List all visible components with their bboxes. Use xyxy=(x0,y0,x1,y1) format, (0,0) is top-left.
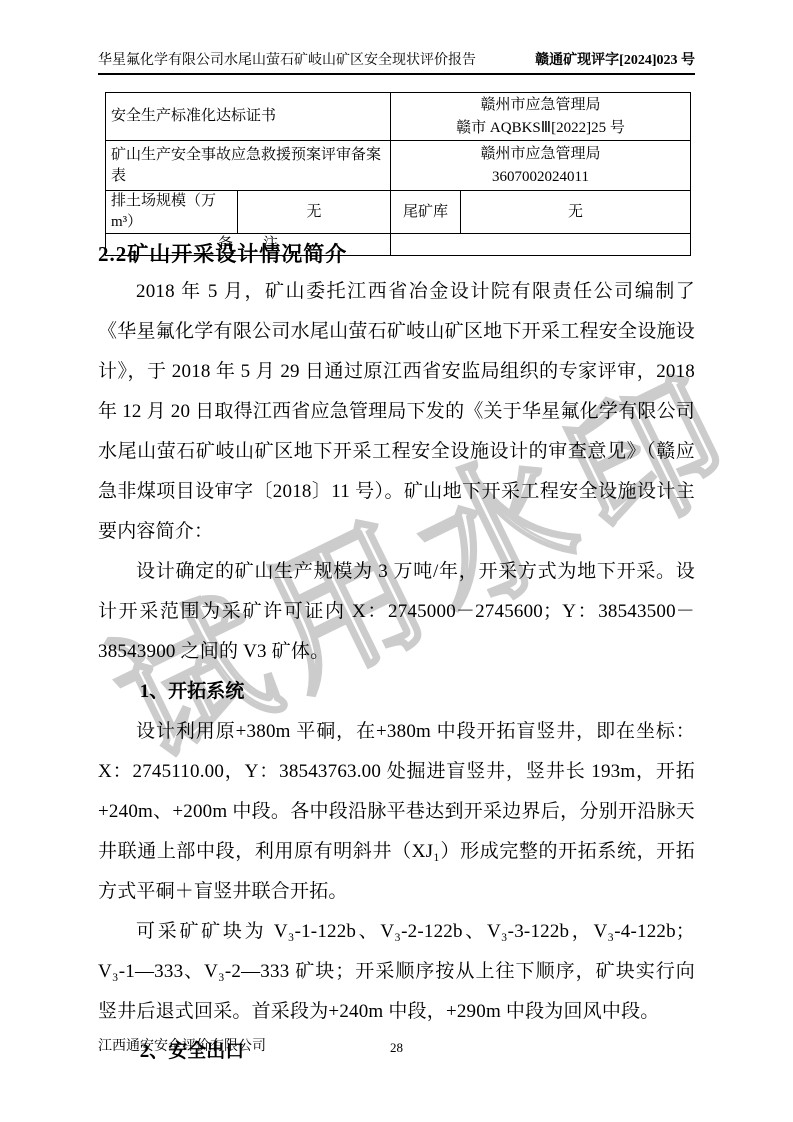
paragraph-production-scale: 设计确定的矿山生产规模为 3 万吨/年，开采方式为地下开采。设计开采范围为采矿许… xyxy=(98,552,695,672)
cell-tailings-pond-value: 无 xyxy=(461,191,691,234)
cell-value-line2: 3607002024011 xyxy=(396,166,685,189)
section-title: 2.2矿山开采设计情况简介 xyxy=(98,236,695,272)
paragraph-ore-blocks: 可采矿矿块为 V₃-1-122b、V₃-2-122b、V₃-3-122b，V₃-… xyxy=(98,912,695,1032)
cell-emergency-plan-value: 赣州市应急管理局 3607002024011 xyxy=(391,141,691,191)
cell-value-line1: 赣州市应急管理局 xyxy=(396,94,685,117)
cell-tailings-pond-label: 尾矿库 xyxy=(391,191,461,234)
paragraph-design-history: 2018 年 5 月，矿山委托江西省冶金设计院有限责任公司编制了《华星氟化学有限… xyxy=(98,272,695,552)
page-header: 华星氟化学有限公司水尾山萤石矿岐山矿区安全现状评价报告 赣通矿现评字[2024]… xyxy=(98,52,695,75)
table-row: 安全生产标准化达标证书 赣州市应急管理局 赣市 AQBKSⅢ[2022]25 号 xyxy=(106,93,691,141)
cell-standardization-certificate-label: 安全生产标准化达标证书 xyxy=(106,93,391,141)
header-document-number: 赣通矿现评字[2024]023 号 xyxy=(535,52,695,70)
subheading-development-system: 1、开拓系统 xyxy=(98,672,695,712)
cell-value-line1: 赣州市应急管理局 xyxy=(396,143,685,166)
paragraph-development-details: 设计利用原+380m 平硐，在+380m 中段开拓盲竖井，即在坐标：X：2745… xyxy=(98,712,695,912)
cell-value-line2: 赣市 AQBKSⅢ[2022]25 号 xyxy=(396,117,685,140)
cell-dump-scale-value: 无 xyxy=(238,191,391,234)
subheading-safety-exit: 2、安全出口 xyxy=(98,1032,695,1072)
cell-standardization-certificate-value: 赣州市应急管理局 赣市 AQBKSⅢ[2022]25 号 xyxy=(391,93,691,141)
cell-emergency-plan-label: 矿山生产安全事故应急救援预案评审备案表 xyxy=(106,141,391,191)
table-row: 矿山生产安全事故应急救援预案评审备案表 赣州市应急管理局 36070020240… xyxy=(106,141,691,191)
header-report-title: 华星氟化学有限公司水尾山萤石矿岐山矿区安全现状评价报告 xyxy=(98,52,476,70)
main-content: 2.2矿山开采设计情况简介 2018 年 5 月，矿山委托江西省冶金设计院有限责… xyxy=(98,236,695,1072)
document-page: 试用水印 华星氟化学有限公司水尾山萤石矿岐山矿区安全现状评价报告 赣通矿现评字[… xyxy=(0,0,793,1122)
cell-dump-scale-label: 排土场规模（万 m³） xyxy=(106,191,238,234)
certificate-info-table: 安全生产标准化达标证书 赣州市应急管理局 赣市 AQBKSⅢ[2022]25 号… xyxy=(105,92,691,256)
table-row: 排土场规模（万 m³） 无 尾矿库 无 xyxy=(106,191,691,234)
